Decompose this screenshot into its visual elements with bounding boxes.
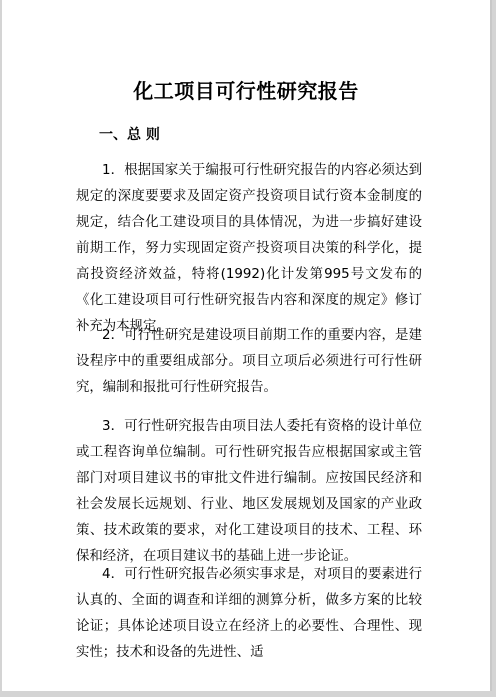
section-heading: 一、总 则	[99, 124, 160, 144]
paragraph-3: 3．可行性研究报告由项目法人委托有资格的设计单位或工程咨询单位编制。可行性研究报…	[76, 414, 422, 570]
document-title: 化工项目可行性研究报告	[2, 75, 490, 104]
document-page: 化工项目可行性研究报告 一、总 则 1．根据国家关于编报可行性研究报告的内容必须…	[2, 0, 492, 691]
paragraph-4: 4．可行性研究报告必须实事求是，对项目的要素进行认真的、全面的调查和详细的测算分…	[76, 562, 422, 666]
paragraph-2: 2．可行性研究是建设项目前期工作的重要内容，是建设程序中的重要组成部分。项目立项…	[76, 323, 422, 401]
paragraph-1: 1．根据国家关于编报可行性研究报告的内容必须达到规定的深度要要求及固定资产投资项…	[76, 158, 422, 340]
